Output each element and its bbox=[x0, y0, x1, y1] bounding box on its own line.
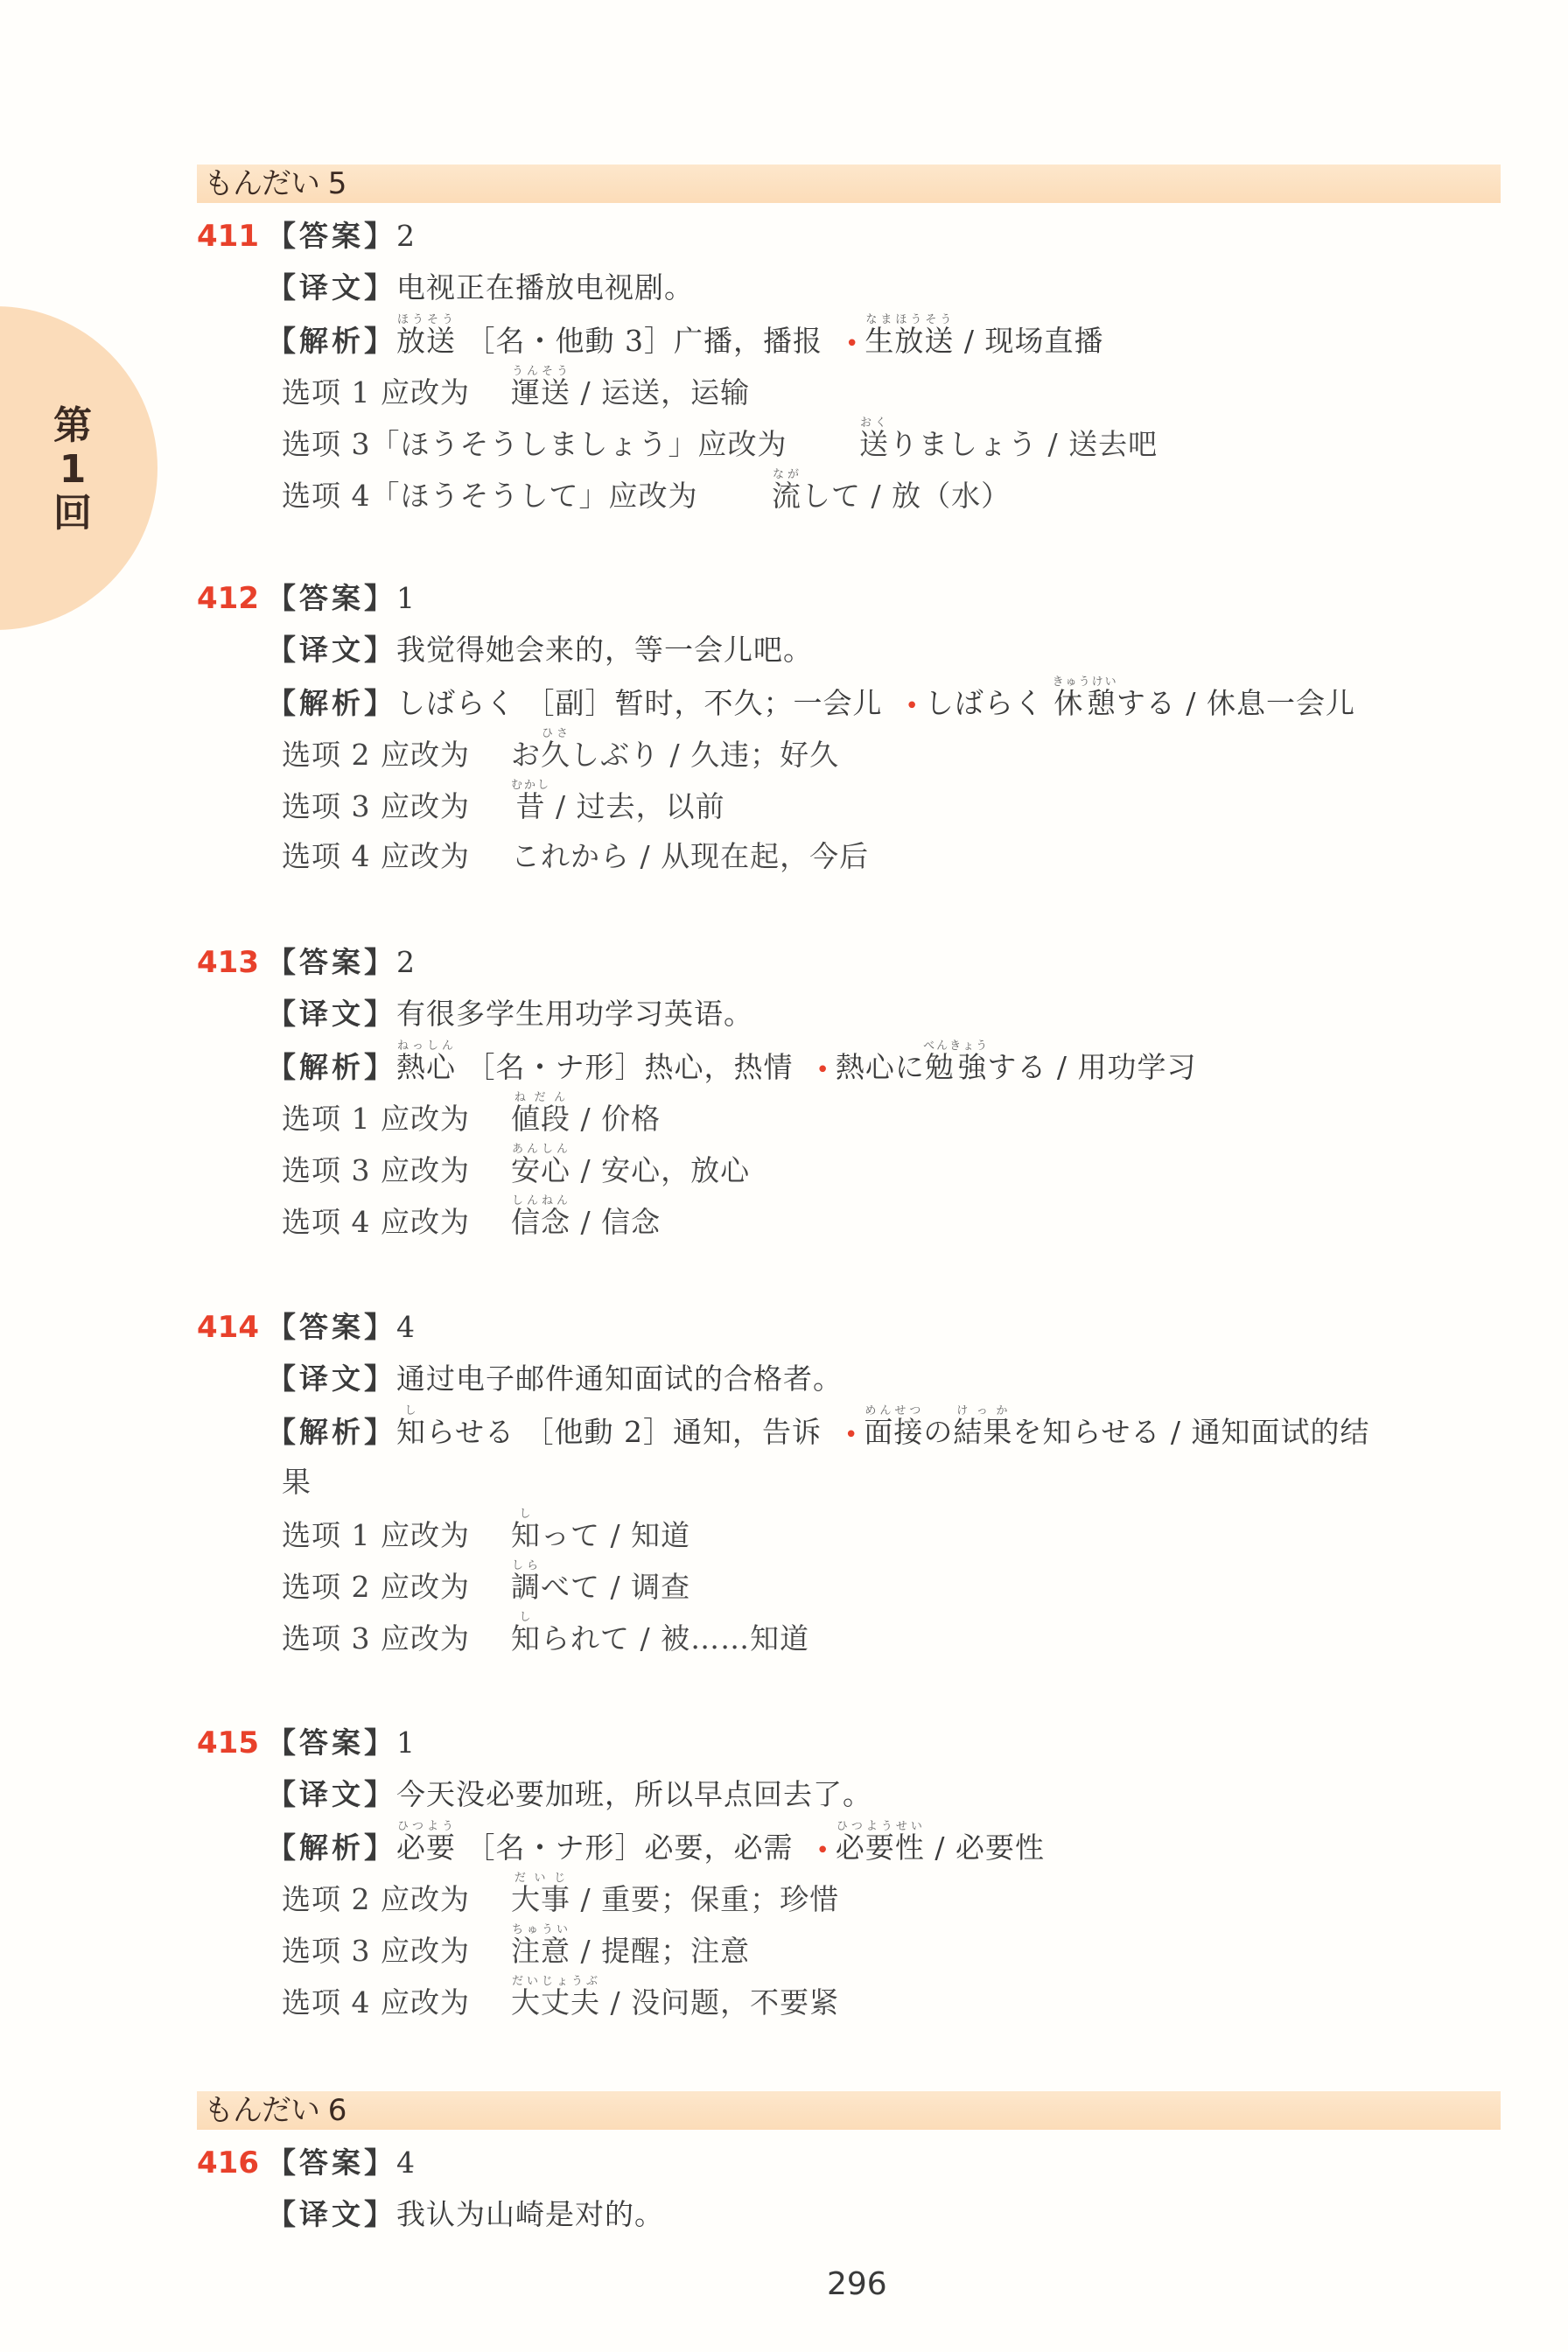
chapter-label: 第 1 回 bbox=[51, 404, 94, 535]
translation-text: 有很多学生用功学习英语。 bbox=[396, 997, 753, 1031]
section-title: もんだい 5 bbox=[204, 166, 346, 201]
option-line: 选项 1 应改为知しって / 知道 bbox=[197, 1508, 1509, 1559]
vocab-word: 必要ひつよう bbox=[396, 1830, 456, 1865]
example-meaning: する / 休息一会儿 bbox=[1116, 686, 1355, 720]
chapter-char: 回 bbox=[51, 492, 94, 535]
option-line: 选项 1 应改为値段ねだん / 价格 bbox=[197, 1091, 1509, 1143]
part-of-speech: ［名・ナ形］必要，必需 bbox=[466, 1830, 794, 1865]
bullet-icon: • bbox=[816, 1057, 830, 1083]
answer-label: 【答案】 bbox=[267, 581, 396, 615]
question-415: 415【答案】1 【译文】今天没必要加班，所以早点回去了。 【解析】必要ひつよう… bbox=[197, 1717, 1509, 2026]
vocab-word: 知し bbox=[396, 1415, 426, 1449]
question-411: 411【答案】2 【译文】电视正在播放电视剧。 【解析】放送ほうそう ［名・他動… bbox=[197, 210, 1509, 520]
answer-value: 2 bbox=[396, 219, 416, 253]
example-word: 面接めんせつ bbox=[864, 1415, 923, 1449]
translation-text: 今天没必要加班，所以早点回去了。 bbox=[396, 1777, 872, 1811]
translation-text: 我认为山崎是对的。 bbox=[396, 2197, 664, 2231]
question-414: 414【答案】4 【译文】通过电子邮件通知面试的合格者。 【解析】知しらせる ［… bbox=[197, 1301, 1509, 1662]
option-line: 选项 3 应改为知しられて / 被……知道 bbox=[197, 1611, 1509, 1662]
bullet-icon: • bbox=[906, 693, 920, 719]
part-of-speech: ［名・他動 3］广播，播报 bbox=[466, 324, 823, 358]
option-line: 选项 4「ほうそうして」应改为流ながして / 放（水） bbox=[197, 468, 1509, 520]
bullet-icon: • bbox=[816, 1837, 830, 1864]
answer-value: 2 bbox=[396, 945, 416, 979]
question-413: 413【答案】2 【译文】有很多学生用功学习英语。 【解析】熱心ねっしん ［名・… bbox=[197, 936, 1509, 1246]
answer-value: 1 bbox=[396, 1725, 416, 1760]
option-line: 选项 4 应改为信念しんねん / 信念 bbox=[197, 1194, 1509, 1246]
translation-text: 我觉得她会来的，等一会儿吧。 bbox=[396, 633, 813, 667]
section-header-mondai-6: もんだい 6 bbox=[197, 2091, 1501, 2130]
question-416: 416【答案】4 【译文】我认为山崎是对的。 bbox=[197, 2137, 1509, 2240]
analysis-label: 【解析】 bbox=[267, 324, 396, 358]
bullet-icon: • bbox=[844, 1422, 858, 1448]
example-meaning: を知らせる / 通知面试的结 bbox=[1012, 1415, 1369, 1449]
analysis-label: 【解析】 bbox=[267, 1050, 396, 1084]
option-line: 选项 2 应改为大事だいじ / 重要；保重；珍惜 bbox=[197, 1872, 1509, 1923]
option-line: 选项 2 应改为調しらべて / 调查 bbox=[197, 1559, 1509, 1611]
option-line: 选项 1 应改为運送うんそう / 运送，运输 bbox=[197, 365, 1509, 416]
option-line: 选项 2 应改为お久ひさしぶり / 久违；好久 bbox=[197, 727, 1509, 779]
option-line: 选项 3「ほうそうしましょう」应改为送おくりましょう / 送去吧 bbox=[197, 416, 1509, 468]
part-of-speech: ［他動 2］通知，告诉 bbox=[525, 1415, 822, 1449]
question-412: 412【答案】1 【译文】我觉得她会来的，等一会儿吧。 【解析】しばらく ［副］… bbox=[197, 572, 1509, 882]
option-line: 选项 3 应改为注意ちゅうい / 提醒；注意 bbox=[197, 1923, 1509, 1975]
translation-label: 【译文】 bbox=[267, 1361, 396, 1396]
vocab-word: 放送ほうそう bbox=[396, 324, 456, 358]
analysis-wrap-line: 果 bbox=[197, 1456, 1509, 1508]
answer-value: 4 bbox=[396, 2145, 416, 2180]
question-number: 413 bbox=[197, 937, 267, 989]
example-meaning: する / 用功学习 bbox=[987, 1050, 1196, 1084]
example-meaning: / 现场直播 bbox=[954, 324, 1103, 358]
question-number: 411 bbox=[197, 211, 267, 262]
chapter-char: 1 bbox=[51, 448, 94, 492]
analysis-label: 【解析】 bbox=[267, 1415, 396, 1449]
question-number: 414 bbox=[197, 1302, 267, 1354]
vocab-word: 熱心ねっしん bbox=[396, 1050, 456, 1084]
answer-label: 【答案】 bbox=[267, 1725, 396, 1760]
question-number: 412 bbox=[197, 573, 267, 625]
analysis-line: 【解析】放送ほうそう ［名・他動 3］广播，播报•生放送なまほうそう / 现场直… bbox=[197, 313, 1509, 365]
analysis-label: 【解析】 bbox=[267, 686, 396, 720]
example-word: 勉強べんきょう bbox=[925, 1050, 988, 1084]
option-line: 选项 3 应改为安心あんしん / 安心，放心 bbox=[197, 1143, 1509, 1194]
answer-value: 1 bbox=[396, 581, 416, 615]
translation-label: 【译文】 bbox=[267, 1777, 396, 1811]
vocab-word: しばらく bbox=[396, 686, 515, 720]
analysis-line: 【解析】必要ひつよう ［名・ナ形］必要，必需•必要性ひつようせい / 必要性 bbox=[197, 1820, 1509, 1872]
option-line: 选项 4 应改为大丈夫だいじょうぶ / 没问题，不要紧 bbox=[197, 1975, 1509, 2026]
chapter-char: 第 bbox=[51, 404, 94, 448]
analysis-line: 【解析】しばらく ［副］暂时，不久；一会儿•しばらく 休憩きゅうけいする / 休… bbox=[197, 675, 1509, 727]
analysis-label: 【解析】 bbox=[267, 1830, 396, 1865]
option-line: 选项 4 应改为これから / 从现在起，今后 bbox=[197, 830, 1509, 882]
part-of-speech: ［副］暂时，不久；一会儿 bbox=[526, 686, 883, 720]
example-word: 必要性ひつようせい bbox=[836, 1830, 925, 1865]
question-number: 415 bbox=[197, 1718, 267, 1769]
page-number: 296 bbox=[827, 2266, 887, 2302]
translation-text: 通过电子邮件通知面试的合格者。 bbox=[396, 1361, 843, 1396]
bullet-icon: • bbox=[845, 331, 859, 357]
answer-label: 【答案】 bbox=[267, 945, 396, 979]
analysis-line: 【解析】知しらせる ［他動 2］通知，告诉•面接めんせつの結果けっかを知らせる … bbox=[197, 1404, 1509, 1456]
translation-label: 【译文】 bbox=[267, 2197, 396, 2231]
example-meaning: / 必要性 bbox=[925, 1830, 1045, 1865]
section-title: もんだい 6 bbox=[204, 2093, 346, 2128]
answer-value: 4 bbox=[396, 1310, 416, 1344]
option-line: 选项 3 应改为昔むかし / 过去，以前 bbox=[197, 779, 1509, 830]
answer-label: 【答案】 bbox=[267, 219, 396, 253]
translation-label: 【译文】 bbox=[267, 997, 396, 1031]
translation-label: 【译文】 bbox=[267, 633, 396, 667]
translation-text: 电视正在播放电视剧。 bbox=[396, 270, 694, 304]
translation-label: 【译文】 bbox=[267, 270, 396, 304]
answer-label: 【答案】 bbox=[267, 1310, 396, 1344]
example-word: 休憩きゅうけい bbox=[1053, 686, 1116, 720]
question-number: 416 bbox=[197, 2138, 267, 2189]
analysis-line: 【解析】熱心ねっしん ［名・ナ形］热心，热情•熱心に勉強べんきょうする / 用功… bbox=[197, 1039, 1509, 1091]
part-of-speech: ［名・ナ形］热心，热情 bbox=[466, 1050, 794, 1084]
answer-label: 【答案】 bbox=[267, 2145, 396, 2180]
example-word: 生放送なまほうそう bbox=[864, 324, 954, 358]
section-header-mondai-5: もんだい 5 bbox=[197, 164, 1501, 203]
